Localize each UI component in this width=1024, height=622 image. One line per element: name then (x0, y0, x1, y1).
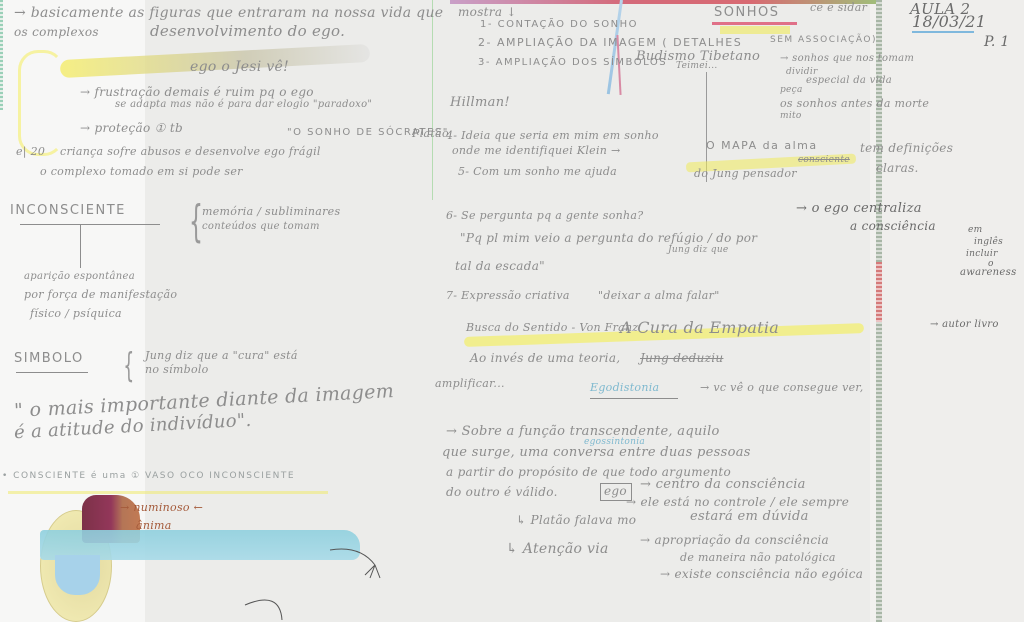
root-line-drawing (240, 530, 400, 620)
top-right-fragment: ce e sidar (810, 2, 867, 13)
inconsciente-brace: { (189, 196, 203, 247)
intro-line-1: → basicamente as figuras que entraram na… (14, 6, 443, 20)
antes-morte: os sonhos antes da morte (780, 98, 929, 109)
date-underline (912, 31, 974, 33)
funcao-line-4: do outro é válido. (446, 486, 558, 498)
funcao-line-1: → Sobre a função transcendente, aquilo (446, 425, 720, 438)
cura-empatia: A Cura da Empatia (620, 320, 779, 336)
yellow-swirl-drawing (18, 50, 64, 156)
caption-yellow-underline (8, 491, 328, 494)
simbolo-note-1: Jung diz que a "cura" está (145, 350, 298, 361)
arrow-note-1b: se adapta mas não é para dar elogio "par… (115, 100, 372, 110)
plato-ref: Platão (412, 128, 449, 139)
arrow-note-1a: → frustração demais é ruim pq o ego (80, 86, 314, 98)
sonhos-pink-underline (712, 22, 797, 25)
mapa-alma-sub: consciente (798, 156, 850, 165)
step-1: 1- CONTAÇÃO DO SONHO (480, 20, 638, 30)
step-4-line-1: 4- Ideia que seria em mim em sonho (446, 130, 659, 141)
egodistonia-underline (590, 398, 678, 399)
teimei: Teimei... (676, 62, 718, 71)
intro-line-2: os complexos (14, 26, 99, 38)
awareness: awareness (960, 268, 1017, 278)
busca-sentido: Busca do Sentido - Von Franz (466, 322, 639, 333)
ego-note: ego o Jesi vê! (190, 60, 289, 74)
drawing-label-numinoso: → numinoso ← (120, 502, 203, 513)
mostra-label: mostra ↓ (458, 6, 517, 18)
apropriacao: → apropriação da consciência (640, 534, 829, 546)
jung-deduziu-struck: Jung deduziu (640, 352, 723, 364)
step-5-tail: do Jung pensador (694, 168, 797, 179)
jung-diz: Jung diz que (668, 246, 729, 255)
teoria-line: Ao invés de uma teoria, (470, 352, 620, 364)
drawing-label-anima: ânima (136, 520, 172, 531)
step-7-quote: "deixar a alma falar" (598, 290, 720, 301)
aparicao-line-3: físico / psíquica (30, 308, 122, 319)
inconsciente-stem (80, 224, 81, 268)
egodistonia-note: → vc vê o que consegue ver, (700, 382, 864, 393)
sem-associacao: SEM ASSOCIAÇÃO) (770, 36, 877, 45)
aparicao-line-2: por força de manifestação (24, 289, 177, 300)
claras: claras. (876, 162, 919, 174)
simbolo-brace: { (123, 346, 134, 386)
notebook-page: AULA 2 18/03/21 P. 1 ce e sidar → basica… (0, 0, 1024, 622)
simbolo-heading: SIMBOLO (14, 352, 84, 365)
ego-controle: → ele está no controle / ele sempre (626, 496, 849, 508)
mapa-alma: O MAPA da alma (706, 140, 818, 151)
step-6-quote-2: tal da escada" (455, 260, 545, 272)
intro-line-3: desenvolvimento do ego. (150, 24, 345, 39)
sera-duvida: estará em dúvida (690, 510, 809, 523)
funcao-line-2: que surge, uma conversa entre duas pesso… (442, 446, 751, 459)
e20-label: e| 20 (16, 146, 45, 157)
step-7: 7- Expressão criativa (446, 290, 570, 301)
patologica: de maneira não patológica (680, 552, 836, 563)
page-number: P. 1 (984, 35, 1010, 49)
page-fold-line (432, 0, 433, 200)
date: 18/03/21 (912, 14, 986, 30)
hillman: Hillman! (450, 96, 510, 109)
em-ingles-3: incluir (966, 250, 998, 259)
consciente-caption: • CONSCIENTE é uma ① VASO OCO INCONSCIEN… (2, 472, 295, 481)
inconsciente-item-2: conteúdos que tomam (202, 222, 320, 232)
especial-vida: especial da vida (806, 76, 892, 86)
peca: peça (780, 86, 803, 95)
simbolo-note-2: no símbolo (145, 364, 209, 375)
sonhos-yellow-highlight (720, 26, 790, 34)
right-scan-strip (880, 0, 1024, 622)
sonhos-que: → sonhos que nos tomam (780, 54, 914, 64)
platao-line: ↳ Platão falava mo (516, 514, 636, 526)
amplificar: amplificar... (435, 378, 505, 389)
inconsciente-item-1: memória / subliminares (202, 206, 340, 217)
complexo-line: o complexo tomado em si pode ser (40, 166, 243, 177)
autor-livro: → autor livro (930, 320, 999, 330)
em-ingles-1: em (968, 226, 982, 235)
arrow-note-2: → proteção ① tb (80, 122, 183, 134)
atencao-line: ↳ Atenção via (506, 542, 609, 556)
step-4-line-2: onde me identifiquei Klein → (452, 145, 621, 156)
crianca-line: criança sofre abusos e desenvolve ego fr… (60, 146, 321, 157)
existe-consciencia: → existe consciência não egóica (660, 568, 863, 580)
tres-definicoes: tem definições (860, 142, 953, 154)
mito: mito (780, 112, 802, 121)
inconsciente-underline (20, 224, 160, 225)
spiral-binding-red-segment (876, 262, 882, 322)
step-6: 6- Se pergunta pq a gente sonha? (446, 210, 643, 221)
sonhos-heading: SONHOS (714, 6, 779, 19)
step-2: 2- AMPLIAÇÃO DA IMAGEM ( DETALHES (478, 37, 742, 48)
simbolo-underline (16, 372, 88, 373)
ego-box-label: ego (604, 485, 627, 497)
em-ingles-2: inglês (974, 238, 1003, 247)
aparicao-line-1: aparição espontânea (24, 272, 135, 282)
ego-centraliza-2: a consciência (850, 220, 936, 232)
inconsciente-heading: INCONSCIENTE (10, 204, 126, 217)
left-spiral-binding (0, 0, 3, 110)
step-5: 5- Com um sonho me ajuda (458, 166, 617, 177)
step-6-quote-1: "Pq pl mim veio a pergunta do refúgio / … (460, 232, 757, 244)
water-tail-drawing (55, 555, 100, 595)
egodistonia: Egodistonia (590, 382, 659, 393)
ego-centro: → centro da consciência (640, 478, 806, 491)
ego-centraliza-1: → o ego centraliza (796, 202, 922, 215)
